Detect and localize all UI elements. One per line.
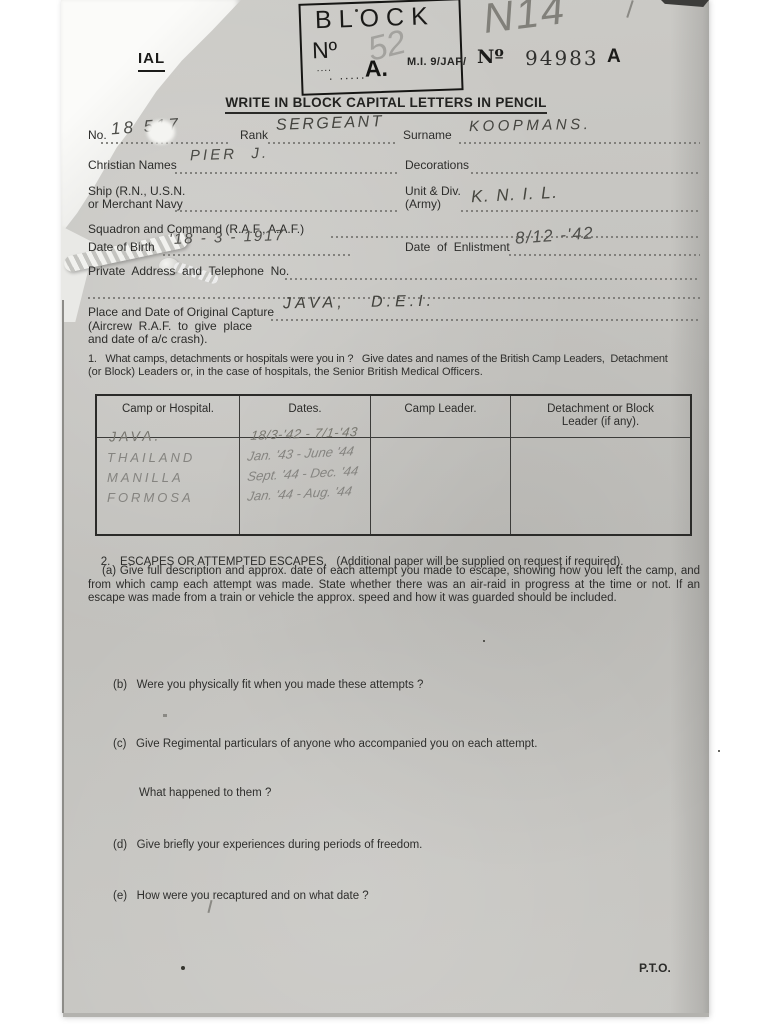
surname-value-handwritten: KOOPMANS. xyxy=(469,116,592,135)
rank-value-handwritten: SERGEANT xyxy=(276,113,385,135)
table-body-leader-col xyxy=(371,438,511,534)
capture-note-line2: and date of a/c crash). xyxy=(88,332,207,346)
question-2d: (d) Give briefly your experiences during… xyxy=(113,839,422,851)
christian-names-value-handwritten: PIER J. xyxy=(190,145,270,165)
block-number-stamp-box: BLOCK Nº .... 52 . ..... A. xyxy=(298,0,463,96)
table-row-camp-2: THAILAND xyxy=(107,450,195,465)
paper-top-edge-nick xyxy=(661,0,709,7)
question-1-line2: (or Block) Leaders or, in the case of ho… xyxy=(88,366,483,378)
camps-table: Camp or Hospital. Dates. Camp Leader. De… xyxy=(95,394,692,536)
block-stamp-a: A. xyxy=(364,55,388,83)
no-label: No. xyxy=(88,128,107,142)
ship-label-line2: or Merchant Navy xyxy=(88,197,183,211)
dob-dotted-line xyxy=(163,254,353,256)
unit-label-line1: Unit & Div. xyxy=(405,184,461,198)
christian-names-dotted-line xyxy=(175,172,398,174)
serial-number: 94983 xyxy=(525,46,599,70)
question-2c: (c) Give Regimental particulars of anyon… xyxy=(113,738,537,750)
question-2e: (e) How were you recaptured and on what … xyxy=(113,890,369,902)
table-row-camp-4: FORMOSA xyxy=(107,490,194,505)
enlistment-dotted-line xyxy=(509,254,700,256)
capture-dotted-line xyxy=(271,319,700,321)
table-header-detachment: Detachment or Block Leader (if any). xyxy=(511,396,690,438)
enlistment-value-handwritten: 8/12 -'42 xyxy=(514,223,594,248)
ship-label-line1: Ship (R.N., U.S.N. xyxy=(88,184,185,198)
capture-note-line1: (Aircrew R.A.F. to give place xyxy=(88,319,252,333)
dob-label: Date of Birth xyxy=(88,240,155,254)
address-dotted-line xyxy=(285,278,700,280)
form-heading: WRITE IN BLOCK CAPITAL LETTERS IN PENCIL xyxy=(225,95,546,114)
question-2b: (b) Were you physically fit when you mad… xyxy=(113,679,423,691)
paper-damage-blob xyxy=(147,120,175,144)
capture-label: Place and Date of Original Capture xyxy=(88,305,274,319)
block-stamp-a-dots: . ..... xyxy=(329,68,367,83)
pto-label: P.T.O. xyxy=(639,961,671,975)
serial-suffix: A xyxy=(607,46,621,68)
decorations-dotted-line xyxy=(471,172,700,174)
table-row-camp-3: MANILLA xyxy=(107,470,184,485)
surname-label: Surname xyxy=(403,128,452,142)
scanned-form-page: IAL BLOCK Nº .... 52 . ..... A. M.I. 9/J… xyxy=(63,0,709,1017)
pencil-annotation-n14: N14 xyxy=(480,0,568,43)
mi9-department-label: M.I. 9/JAP/ xyxy=(407,56,466,68)
pencil-mark xyxy=(626,0,633,18)
enlistment-label: Date of Enlistment xyxy=(405,240,510,254)
block-stamp-no: Nº xyxy=(312,37,338,65)
rank-label: Rank xyxy=(240,128,268,142)
capture-value-handwritten: JAVA, D.E.I. xyxy=(283,293,435,314)
christian-names-label: Christian Names xyxy=(88,158,177,172)
question-2c-followup: What happened to them ? xyxy=(139,787,271,799)
ship-dotted-line xyxy=(175,210,398,212)
confidential-stamp-fragment: IAL xyxy=(138,50,165,72)
table-row-camp-1: JAVA. xyxy=(109,428,162,445)
address-label: Private Address and Telephone No. xyxy=(88,264,289,278)
decorations-label: Decorations xyxy=(405,158,469,172)
unit-value-handwritten: K. N. I. L. xyxy=(471,183,559,208)
table-header-leader: Camp Leader. xyxy=(371,396,511,438)
question-2a-paragraph: (a) Give full description and approx. da… xyxy=(88,565,700,606)
unit-label-line2: (Army) xyxy=(405,197,441,211)
dob-value-handwritten: '18 - 3 - 1917 xyxy=(169,227,285,248)
surname-dotted-line xyxy=(459,142,700,144)
serial-no-label: Nº xyxy=(477,46,504,68)
form-heading-wrap: WRITE IN BLOCK CAPITAL LETTERS IN PENCIL xyxy=(63,94,709,114)
table-body-detachment-col xyxy=(511,438,690,534)
question-1-line1: 1. What camps, detachments or hospitals … xyxy=(88,353,668,365)
rank-dotted-line xyxy=(268,142,398,144)
paper-left-edge xyxy=(62,300,64,1013)
unit-dotted-line xyxy=(461,210,700,212)
